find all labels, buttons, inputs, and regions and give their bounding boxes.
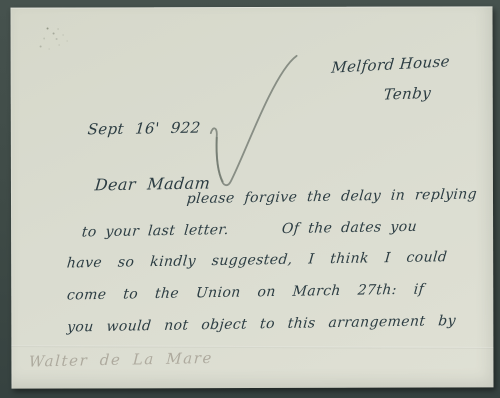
- address-line-1: Melford House: [331, 52, 451, 77]
- scanned-letter-photo: Melford House Tenby Sept 16' 922 Dear Ma…: [0, 0, 500, 398]
- body-line-2: to your last letter. Of the dates you: [81, 219, 418, 241]
- body-line-4: come to the Union on March 27th: if: [66, 282, 425, 304]
- paper-crease: [11, 345, 493, 349]
- address-line-2: Tenby: [383, 84, 432, 104]
- date-line: Sept 16' 922: [87, 119, 202, 139]
- letter-paper: Melford House Tenby Sept 16' 922 Dear Ma…: [11, 6, 494, 388]
- body-line-3: have so kindly suggested, I think I coul…: [66, 249, 448, 271]
- body-line-1: please forgive the delay in replying: [186, 186, 478, 207]
- ink-specks: [11, 6, 493, 7]
- body-line-5: you would not object to this arrangement…: [66, 313, 456, 335]
- pencil-annotation: Walter de La Mare: [28, 349, 213, 371]
